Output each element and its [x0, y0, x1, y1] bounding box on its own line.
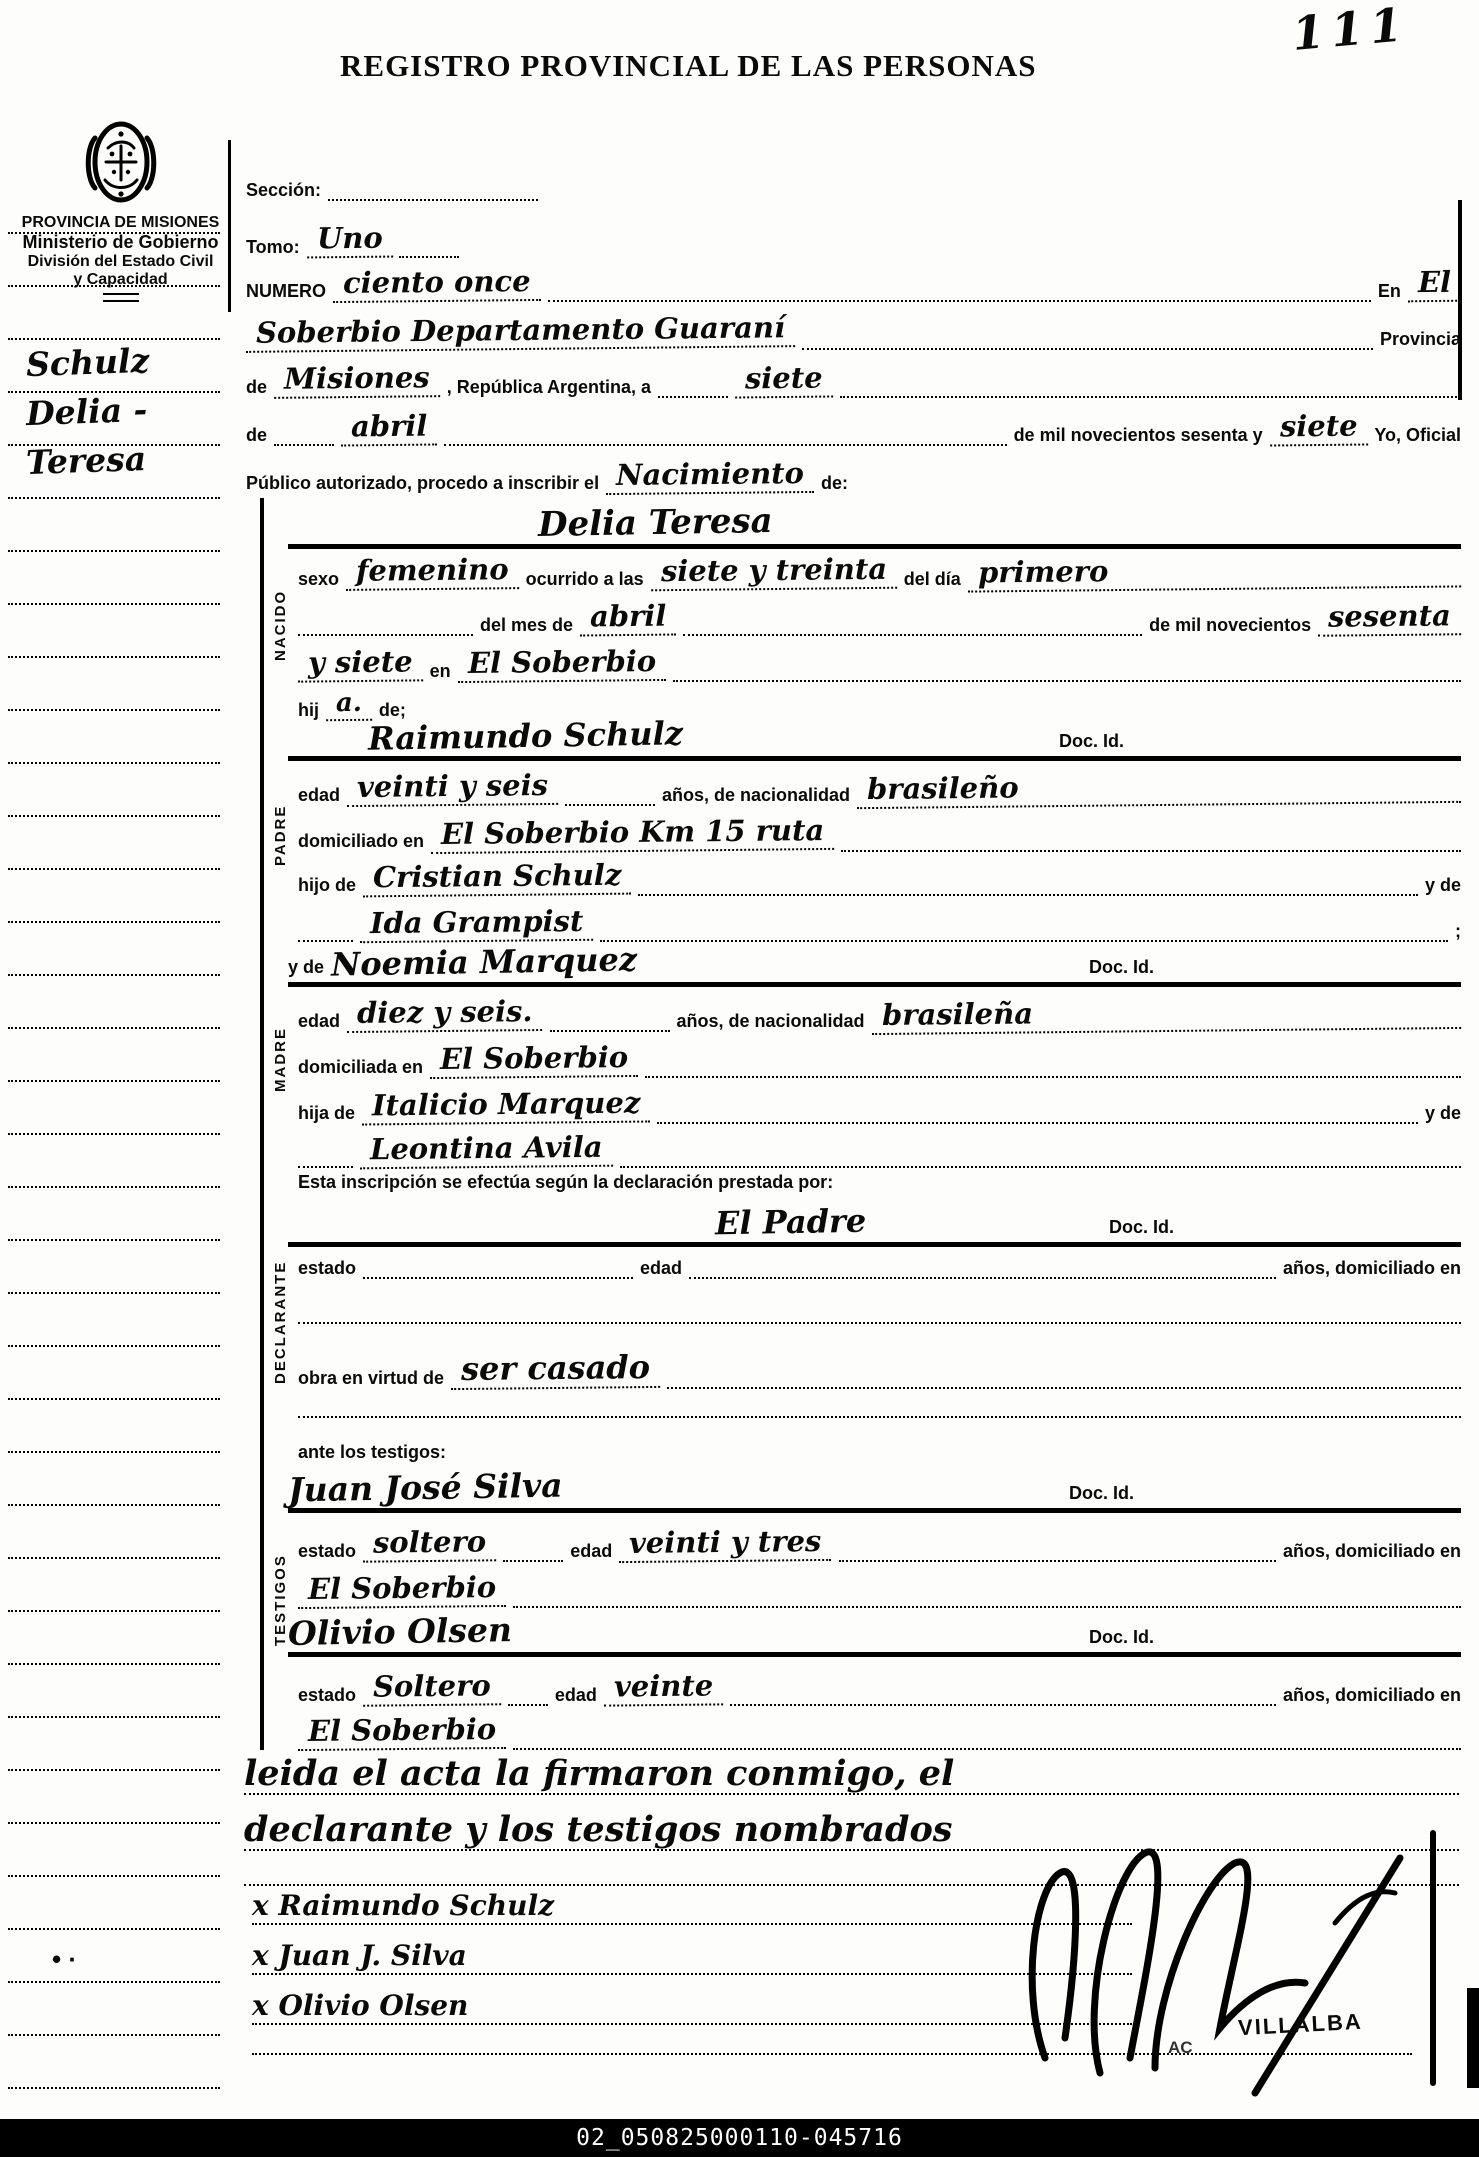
mes-dots-mid — [683, 630, 1142, 636]
margin-note-name2: Teresa — [25, 442, 149, 479]
signature-line-1: x Raimundo Schulz — [252, 1892, 1132, 1925]
witness1-estado-label: estado — [298, 1541, 356, 1562]
en-label: En — [1378, 281, 1401, 302]
declarant-status-row: estado edad años, domiciliado en — [298, 1258, 1461, 1279]
numero-dots — [548, 296, 1371, 302]
margin-ruled-line — [8, 1345, 220, 1347]
hora-value: siete y treinta — [651, 555, 897, 592]
witness1-estado-value: soltero — [363, 1527, 497, 1562]
y-de-label-m: y de — [288, 957, 324, 978]
margin-ruled-line — [8, 1027, 220, 1029]
year-label: de mil novecientos sesenta y — [1014, 425, 1263, 446]
margin-ruled-line — [8, 1610, 220, 1612]
father-parent1-dots — [638, 890, 1418, 896]
month-value: abril — [341, 411, 438, 446]
margin-ruled-line — [8, 1981, 220, 1983]
mother-edad-dots — [550, 1026, 670, 1032]
mother-parent2-dots — [620, 1162, 1461, 1168]
day-dots-right — [840, 392, 1461, 398]
stamp-prefix-text: AC — [1168, 2038, 1193, 2058]
witness-intro-row: ante los testigos: — [298, 1442, 1461, 1463]
witness2-doc-id-label: Doc. Id. — [1089, 1627, 1154, 1648]
witness1-status-row: estado soltero edad veinti y tres años, … — [298, 1528, 1461, 1562]
witness1-space — [570, 1500, 1062, 1504]
official-signature — [1005, 1828, 1445, 2098]
declarant-blank-row — [298, 1318, 1461, 1324]
margin-ruled-line — [8, 232, 220, 234]
lugar-dots — [673, 676, 1461, 682]
mother-age-row: edad diez y seis. años, de nacionalidad … — [298, 998, 1461, 1032]
de-colon-label: de: — [821, 473, 848, 494]
mother-nac-label: años, de nacionalidad — [677, 1011, 865, 1032]
numero-label: NUMERO — [246, 281, 326, 302]
declarant-blank-row-2 — [298, 1412, 1461, 1418]
father-address-row: domiciliado en El Soberbio Km 15 ruta — [298, 818, 1461, 852]
mother-dom-label: domiciliada en — [298, 1057, 423, 1078]
lugar-value: El Soberbio — [457, 647, 666, 683]
margin-ruled-line — [8, 497, 220, 499]
witness2-dots-2 — [730, 1700, 1276, 1706]
closing-line2-text: declarante y los testigos nombrados — [244, 1809, 953, 1850]
declarant-space-left — [288, 1234, 708, 1238]
child-name-space — [780, 536, 1461, 540]
acto-value: Nacimiento — [606, 459, 814, 495]
mother-name-row: y de Noemia Marquez Doc. Id. — [288, 938, 1461, 987]
mes-label: del mes de — [480, 615, 573, 636]
mes-row: del mes de abril de mil novecientos sese… — [298, 602, 1461, 636]
signature-1-text: x Raimundo Schulz — [252, 1889, 554, 1922]
father-edad-label: edad — [298, 785, 340, 806]
father-dom-dots — [841, 846, 1461, 852]
margin-note-name1: Delia - — [25, 393, 149, 430]
anio-label: de mil novecientos — [1149, 615, 1311, 636]
witness2-address-row: El Soberbio — [298, 1716, 1461, 1750]
de-label-1: de — [246, 377, 267, 398]
margin-ruled-line — [8, 1080, 220, 1082]
publico-label: Público autorizado, procedo a inscribir … — [246, 473, 599, 494]
witness2-estado-label: estado — [298, 1685, 356, 1706]
scan-footer-bar: 02_050825000110-045716 — [0, 2119, 1479, 2157]
margin-ruled-line — [8, 338, 220, 340]
father-dom-label: domiciliado en — [298, 831, 424, 852]
place-value: Soberbio Departamento Guaraní — [246, 313, 795, 353]
witness2-edad-value: veinte — [604, 1671, 724, 1706]
witness-intro-label: ante los testigos: — [298, 1442, 446, 1463]
father-edad-dots — [565, 800, 655, 806]
mother-doc-id-space — [1161, 974, 1461, 978]
mother-address-row: domiciliada en El Soberbio — [298, 1044, 1461, 1078]
signature-3-text: x Olivio Olsen — [252, 1989, 468, 2022]
margin-ruled-line — [8, 762, 220, 764]
declarant-estado-blank — [363, 1273, 633, 1279]
declarant-blank-dots-2 — [298, 1412, 1461, 1418]
declarant-estado-label: estado — [298, 1258, 356, 1279]
witness1-edad-label: edad — [570, 1541, 612, 1562]
margin-ruled-line — [8, 815, 220, 817]
witness1-dots-1 — [503, 1556, 563, 1562]
closing-line1-text: leida el acta la firmaron conmigo, el — [244, 1753, 954, 1794]
father-edad-value: veinti y seis — [347, 771, 558, 807]
declarant-space-mid — [873, 1234, 1102, 1238]
child-name-row: Delia Teresa — [288, 498, 1461, 549]
margin-ruled-line — [8, 1398, 220, 1400]
mother-edad-label: edad — [298, 1011, 340, 1032]
witness1-name-row: Juan José Silva Doc. Id. — [288, 1462, 1461, 1513]
y-de-label-p: y de — [1425, 875, 1461, 896]
tomo-dots — [399, 252, 459, 258]
day-value: siete — [735, 363, 833, 398]
y-de-label-m2: y de — [1425, 1103, 1461, 1124]
closing-line1: leida el acta la firmaron conmigo, el — [244, 1756, 1459, 1795]
obra-row: obra en virtud de ser casado — [298, 1352, 1461, 1389]
margin-ruled-line — [8, 974, 220, 976]
section-label-padre: PADRE — [272, 765, 294, 905]
witness1-dots-2 — [839, 1556, 1276, 1562]
tomo-label: Tomo: — [246, 237, 300, 258]
hijo-de-label: hijo de — [298, 875, 356, 896]
margin-ruled-line — [8, 1875, 220, 1877]
margin-ruled-line — [8, 1822, 220, 1824]
witness1-dom-value: El Soberbio — [298, 1573, 507, 1609]
month-dots-left — [274, 440, 334, 446]
obra-label: obra en virtud de — [298, 1368, 444, 1389]
signature-line-2: x Juan J. Silva — [252, 1942, 1132, 1975]
section-label-madre: MADRE — [272, 990, 294, 1130]
witness1-suffix-label: años, domiciliado en — [1283, 1541, 1461, 1562]
section-label-testigos: TESTIGOS — [272, 1508, 294, 1693]
declaration-intro-label: Esta inscripción se efectúa según la dec… — [298, 1172, 833, 1193]
oficial-label: Yo, Oficial — [1374, 425, 1461, 446]
provincia-label: Provincia — [1380, 329, 1461, 350]
witness1-name-value: Juan José Silva — [288, 1469, 563, 1507]
sexo-label: sexo — [298, 569, 339, 590]
mother-nac-value: brasileña — [871, 995, 1461, 1035]
father-name-space — [690, 748, 1052, 752]
margin-ruled-line — [8, 1557, 220, 1559]
mother-parent1-dots — [657, 1118, 1418, 1124]
witness1-address-row: El Soberbio — [298, 1574, 1461, 1608]
mother-parent2-dots-left — [298, 1162, 353, 1168]
margin-ruled-line — [8, 868, 220, 870]
child-name-value: Delia Teresa — [538, 504, 773, 542]
mother-dom-dots — [645, 1072, 1461, 1078]
mother-edad-value: diez y seis. — [347, 997, 543, 1033]
margin-ruled-line — [8, 921, 220, 923]
anio2-value: y siete — [298, 647, 423, 682]
father-age-row: edad veinti y seis años, de nacionalidad… — [298, 772, 1461, 806]
margin-ruled-line — [8, 603, 220, 605]
tomo-value: Uno — [306, 224, 392, 259]
scan-edge-artifact — [1467, 1988, 1479, 2088]
margin-ruled-line — [8, 1451, 220, 1453]
margin-ruled-line — [8, 1504, 220, 1506]
declarant-doc-id-label: Doc. Id. — [1109, 1217, 1174, 1238]
declarant-name-row: El Padre Doc. Id. — [288, 1196, 1461, 1247]
republica-label: , República Argentina, a — [447, 377, 651, 398]
dia-label: del día — [904, 569, 961, 590]
witness2-dots-1 — [508, 1700, 548, 1706]
publico-row: Público autorizado, procedo a inscribir … — [246, 460, 1299, 494]
mother-doc-id-label: Doc. Id. — [1089, 957, 1154, 978]
grandfather-p-value: Cristian Schulz — [363, 861, 632, 898]
mother-parent2-row: Leontina Avila — [298, 1134, 1461, 1168]
margin-ruled-line — [8, 1928, 220, 1930]
father-nac-label: años, de nacionalidad — [662, 785, 850, 806]
margin-note: Schulz Delia - Teresa — [26, 346, 149, 493]
grandfather-m-value: Italicio Marquez — [362, 1088, 651, 1125]
ocurrido-label: ocurrido a las — [526, 569, 644, 590]
margin-ruled-line — [8, 1769, 220, 1771]
father-parent2-row: Ida Grampist ; — [298, 908, 1461, 942]
tomo-row: Tomo: Uno — [246, 224, 529, 258]
witness2-dom-value: El Soberbio — [298, 1715, 507, 1751]
mes-value: abril — [580, 601, 677, 636]
witness2-suffix-label: años, domiciliado en — [1283, 1685, 1461, 1706]
declaration-intro-row: Esta inscripción se efectúa según la dec… — [298, 1172, 1461, 1193]
de-label-2: de — [246, 425, 267, 446]
margin-ruled-line — [8, 709, 220, 711]
anio-value: sesenta — [1318, 601, 1461, 636]
witness1-edad-value: veinti y tres — [619, 1527, 832, 1563]
place-row: Soberbio Departamento Guaraní Provincia — [246, 316, 1461, 350]
witness2-doc-space — [1161, 1644, 1461, 1648]
grandmother-m-value: Leontina Avila — [360, 1133, 613, 1170]
month-row: de abril de mil novecientos sesenta y si… — [246, 412, 1461, 446]
declarant-space-right — [1181, 1234, 1461, 1238]
witness2-estado-value: Soltero — [363, 1671, 501, 1706]
declarant-dom-label: años, domiciliado en — [1283, 1258, 1461, 1279]
margin-ruled-line — [8, 1239, 220, 1241]
seccion-label: Sección: — [246, 180, 321, 201]
mother-name-value: Noemia Marquez — [331, 943, 638, 980]
witness1-doc-space — [1141, 1500, 1461, 1504]
witness2-status-row: estado Soltero edad veinte años, domicil… — [298, 1672, 1461, 1706]
province-row: de Misiones , República Argentina, a sie… — [246, 364, 1461, 398]
father-doc-id-space — [1131, 748, 1461, 752]
month-dots-right — [444, 440, 1006, 446]
signature-line-3: x Olivio Olsen — [252, 1992, 1132, 2025]
en-value: El — [1408, 268, 1461, 303]
seccion-blank — [328, 195, 538, 201]
margin-ruled-line — [8, 2087, 220, 2089]
mes-dots-left — [298, 630, 473, 636]
page-number: 111 — [1290, 0, 1411, 61]
sexo-row: sexo femenino ocurrido a las siete y tre… — [298, 556, 1461, 590]
scan-reference-number: 02_050825000110-045716 — [576, 2125, 903, 2151]
margin-note-surname: Schulz — [25, 344, 149, 381]
dia-value: primero — [968, 553, 1462, 592]
numero-row: NUMERO ciento once En El — [246, 268, 1461, 302]
witness2-dom-dots — [513, 1744, 1461, 1750]
witness2-edad-label: edad — [555, 1685, 597, 1706]
lugar-row: y siete en El Soberbio — [298, 648, 1461, 682]
witness2-name-row: Olivio Olsen Doc. Id. — [288, 1606, 1461, 1657]
en-label-2: en — [430, 661, 451, 682]
father-dom-value: El Soberbio Km 15 ruta — [431, 816, 835, 854]
father-name-value: Raimundo Schulz — [368, 717, 683, 754]
page-title: REGISTRO PROVINCIAL DE LAS PERSONAS — [340, 48, 1140, 84]
margin-ruled-line — [8, 285, 220, 287]
section-label-nacido: NACIDO — [272, 545, 294, 705]
margin-ruled-line — [8, 1292, 220, 1294]
father-name-row: Raimundo Schulz Doc. Id. — [288, 712, 1461, 761]
seccion-row: Sección: — [246, 180, 579, 201]
year-value: siete — [1269, 411, 1367, 446]
margin-ruled-line — [8, 1716, 220, 1718]
father-nac-value: brasileño — [857, 769, 1461, 809]
margin-ruled-lines — [0, 232, 228, 2102]
margin-dot-mark: • · — [52, 1944, 77, 1975]
section-label-declarante: DECLARANTE — [272, 1230, 294, 1415]
father-doc-id-label: Doc. Id. — [1059, 731, 1124, 752]
declarant-value: El Padre — [715, 1205, 867, 1240]
obra-dots — [667, 1383, 1461, 1389]
margin-ruled-line — [8, 2034, 220, 2036]
signature-2-text: x Juan J. Silva — [252, 1939, 467, 1972]
declarant-edad-label: edad — [640, 1258, 682, 1279]
witness2-space — [519, 1644, 1082, 1648]
obra-value: ser casado — [451, 1351, 660, 1390]
letterhead-divider-rule — [228, 140, 231, 312]
witness2-name-value: Olivio Olsen — [288, 1613, 512, 1650]
place-dots — [802, 344, 1373, 350]
margin-ruled-line — [8, 656, 220, 658]
day-dots-left — [658, 392, 728, 398]
coat-of-arms-logo — [78, 118, 164, 210]
margin-ruled-line — [8, 1186, 220, 1188]
hija-de-label: hija de — [298, 1103, 355, 1124]
letterhead-line1: PROVINCIA DE MISIONES — [8, 214, 233, 232]
witness1-doc-id-label: Doc. Id. — [1069, 1483, 1134, 1504]
registry-page: 111 REGISTRO PROVINCIAL DE LAS PERSONAS … — [0, 0, 1479, 2157]
father-parent1-row: hijo de Cristian Schulz y de — [298, 862, 1461, 896]
margin-ruled-line — [8, 1133, 220, 1135]
numero-value: ciento once — [333, 267, 541, 303]
declarant-blank-dots — [298, 1318, 1461, 1324]
margin-ruled-line — [8, 1663, 220, 1665]
mother-name-space — [644, 974, 1082, 978]
declarant-edad-blank — [689, 1273, 1276, 1279]
form-left-rule — [260, 498, 264, 1750]
mother-dom-value: El Soberbio — [430, 1043, 639, 1079]
sexo-value: femenino — [346, 555, 519, 591]
province-value: Misiones — [274, 363, 440, 399]
margin-ruled-line — [8, 550, 220, 552]
mother-parent1-row: hija de Italicio Marquez y de — [298, 1090, 1461, 1124]
